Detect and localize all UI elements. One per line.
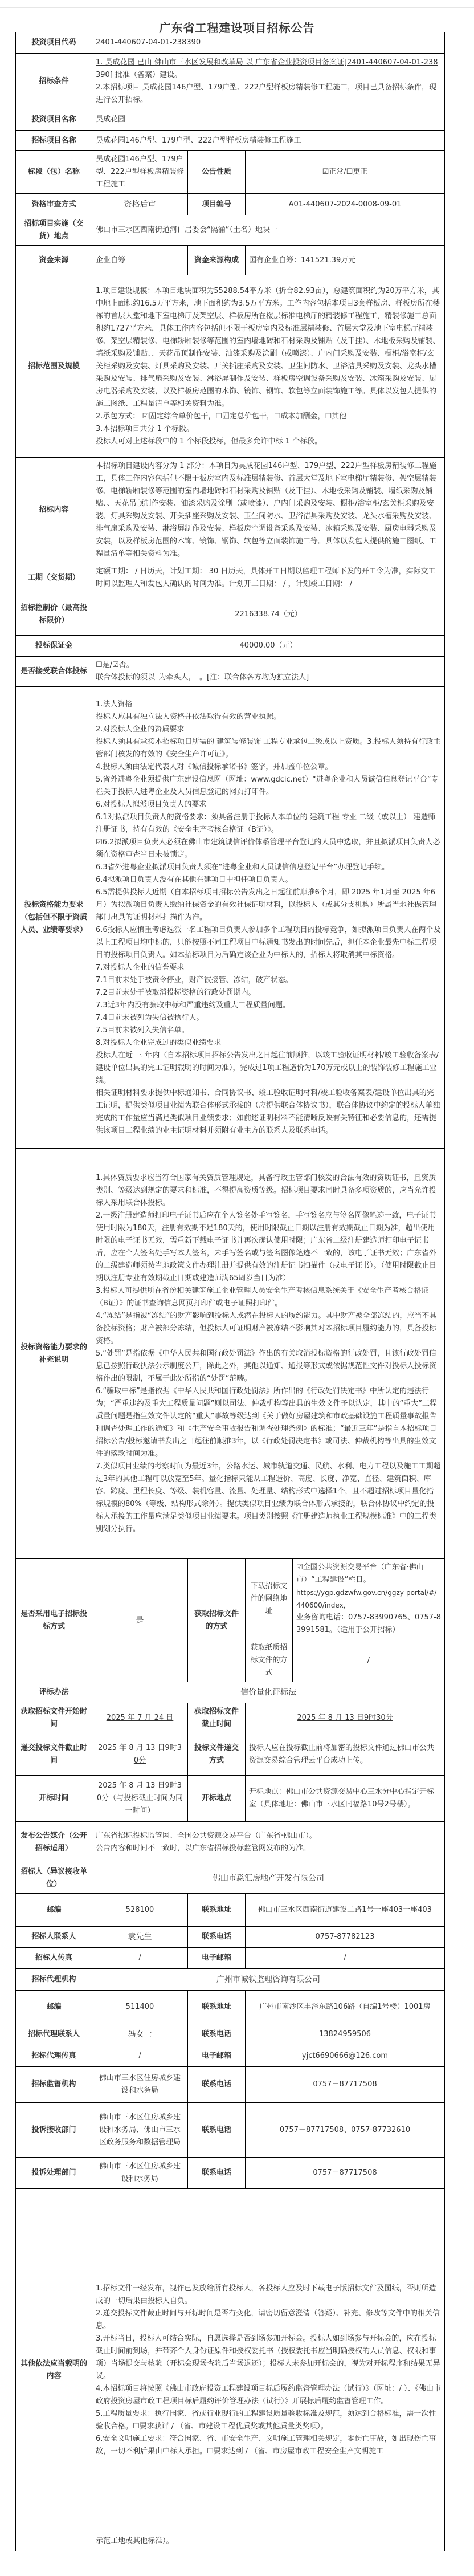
- row-supervisor: 招标监督机构 佛山市三水区住房城乡建设和水务局 联系电话 0757－877175…: [16, 2067, 445, 2103]
- label-period: 工期（交货期）: [16, 563, 92, 593]
- value-agency-fax: /: [92, 2045, 188, 2067]
- qual-line: 投标人在近 三 年内（自本招标项目招标公告发出之日起往前顺推，以竣工验收证明材料…: [96, 1049, 441, 1087]
- row-scope: 招标范围及规模 1.项目建设规模：本项目地块面积为55288.54平方米（折合8…: [16, 275, 445, 458]
- supp-line: 1.具体资质要求应当符合国家有关资质管理规定，具备行政主管部门核发的合法有效的资…: [96, 1172, 441, 1210]
- label-conditions: 招标条件: [16, 54, 92, 109]
- value-notice-nature: ☑正常/☐更正: [246, 151, 445, 194]
- row-invest-name: 投资项目名称 昊成花园: [16, 109, 445, 131]
- value-invest-code: 2401-440607-04-01-238390: [92, 32, 445, 54]
- value-submit-deadline: 2025 年 8 月 13 日9时30分: [92, 1733, 188, 1776]
- value-supervisor: 佛山市三水区住房城乡建设和水务局: [92, 2067, 188, 2103]
- download-line-1: ☑全国公共资源交易平台（广东省·佛山市）“工程建设”栏目。: [296, 1561, 441, 1586]
- value-doc-start: 2025 年 7 月 24 日: [92, 1703, 188, 1733]
- qual-line: 6.5需提供投标人近期（自本招标项目招标公告发出之日起往前顺推6个月，即 202…: [96, 886, 441, 924]
- label-agency: 招标代理机构: [16, 1969, 92, 1991]
- value-tenderer-postcode: 528100: [92, 1894, 188, 1927]
- conditions-line-2: 2.本招标项目 昊成花园146户型、179户型、222户型样板房精装修工程施工，…: [96, 82, 441, 107]
- value-submit-method: 投标人应在投标截止前将加密的投标文件通过佛山市公共资源交易综合管理云平台成功上传…: [246, 1733, 445, 1776]
- row-tenderer-fax: 招标人传真 / 电子邮箱 /: [16, 1948, 445, 1969]
- row-agency-fax: 招标代理传真 / 电子邮箱 yjct6690666@126.com: [16, 2045, 445, 2067]
- value-section: 昊成花园146户型、179户型、222户型样板房精装修工程施工: [92, 151, 188, 194]
- download-link[interactable]: https://ygp.gdzwfw.gov.cn/ggzy-portal/#/…: [296, 1586, 441, 1611]
- row-deposit: 投标保证金 40000.00（元）: [16, 636, 445, 657]
- label-consortium: 是否接受联合体投标: [16, 657, 92, 687]
- label-supplement: 投标资格能力要求的补充说明: [16, 1149, 92, 1559]
- label-doc-method: 获取招标文件的方式: [188, 1559, 246, 1682]
- download-phone: 业务咨询电话：0757-83990765、0757-83991581。（适用于公…: [296, 1611, 441, 1637]
- label-submit-method: 投标文件递交方式: [188, 1733, 246, 1776]
- label-agency-address: 联系地址: [188, 1991, 246, 2024]
- row-tenderer: 招标人（异议接收单位） 佛山市淼汇房地产开发有限公司: [16, 1863, 445, 1894]
- value-tenderer-address: 佛山市三水区西南街道建设二路1号一座403一座403: [246, 1894, 445, 1927]
- label-qualification: 投标资格能力要求（包括但不限于资质人员、业绩等要求）: [16, 687, 92, 1149]
- top-divider: [0, 7, 474, 8]
- label-doc-end: 获取招标文件截止时间: [188, 1703, 246, 1733]
- label-agency-phone: 联系电话: [188, 2024, 246, 2045]
- qual-line: 投标人应具有独立法人资格并依法取得有效的营业执照。: [96, 711, 441, 723]
- label-other: 其他依法应当载明的内容: [16, 2189, 92, 2551]
- label-agency-email: 电子邮箱: [188, 2045, 246, 2067]
- label-tenderer: 招标人（异议接收单位）: [16, 1863, 92, 1894]
- value-paper-method: /: [293, 1639, 445, 1682]
- qual-line: 7.对投标人企业的信誉要求: [96, 962, 441, 974]
- row-agency-post: 邮编 511400 联系地址 广州市南沙区丰泽东路106路（自编1号楼）1001…: [16, 1991, 445, 2024]
- row-opening: 开标时间 2025 年 8 月 13 日9时30分（与投标截止时间为同一时间） …: [16, 1776, 445, 1822]
- label-tenderer-email: 电子邮箱: [188, 1948, 246, 1969]
- label-media: 发布公告媒介（公开招标适用）: [16, 1822, 92, 1863]
- label-project-code: 项目编号: [188, 194, 246, 215]
- row-location: 招标项目实施（交货）地点 佛山市三水区西南街道河口居委会“隔涌”（土名）地块一: [16, 215, 445, 246]
- value-location: 佛山市三水区西南街道河口居委会“隔涌”（土名）地块一: [92, 215, 445, 246]
- value-other: 1.招标文件一经发布，视作已发放给所有投标人，各投标人应及时下载电子版招标文件及…: [92, 2189, 445, 2551]
- qual-line: 6.4拟派项目负责人没有在其他在建项目中担任项目负责人。: [96, 874, 441, 886]
- row-content: 招标内容 本招标项目建设内容分为 1 部分：本项目为昊成花园146户型、179户…: [16, 458, 445, 563]
- conditions-line-1: 1. 昊成花园 已由 佛山市三水区发展和改革局 以 广东省企业投资项目备案证[2…: [96, 56, 441, 82]
- value-tenderer-phone: 0757-87782123: [246, 1927, 445, 1948]
- label-invest-code: 投资项目代码: [16, 32, 92, 54]
- value-agency-contact: 冯女士: [92, 2024, 188, 2045]
- qual-line: 1.法人资格: [96, 698, 441, 711]
- label-submit-deadline: 递交投标文件截止时间: [16, 1733, 92, 1776]
- consortium-line-1: ☐是/☑否。: [96, 659, 441, 672]
- value-agency-address: 广州市南沙区丰泽东路106路（自编1号楼）1001房: [246, 1991, 445, 2024]
- supp-line: 6.“骗取中标”是指依据《中华人民共和国行政处罚法》所作出的《行政处罚决定书》中…: [96, 1385, 441, 1460]
- scope-p4: 投标人可对上述标段中的 1 个标段投标，但最多允许中标 1 个标段。: [96, 436, 441, 448]
- value-complaint-process-phone: 0757－87717508: [246, 2158, 445, 2189]
- value-media: 广东省招标投标监管网、全国公共资源交易平台（广东省·佛山市）。 公告内容和时间不…: [92, 1822, 445, 1863]
- qual-line: 6.6投标人应慎重考虑选派一名工程项目负责人参加多个工程项目的投标竞争，如拟派项…: [96, 924, 441, 962]
- label-tenderer-fax: 招标人传真: [16, 1948, 92, 1969]
- label-evaluation: 评标办法: [16, 1682, 92, 1703]
- value-tenderer-contact: 袁先生: [92, 1927, 188, 1948]
- supp-line: 4.“冻结”是指被“冻结”的财产影响到投标人或潜在投标人的履约能力。其中财产被全…: [96, 1310, 441, 1348]
- label-complaint-process: 投诉处理部门: [16, 2158, 92, 2189]
- row-submit: 递交投标文件截止时间 2025 年 8 月 13 日9时30分 投标文件递交方式…: [16, 1733, 445, 1776]
- label-download-url: 下载招标文件的网络地址: [246, 1559, 293, 1639]
- label-opening-place: 开标地点: [188, 1776, 246, 1822]
- label-project-name: 招标项目名称: [16, 131, 92, 151]
- value-consortium: ☐是/☑否。 联合体投标的须以_为牵头人，_。[注：联合体各方均为独立法人]: [92, 657, 445, 687]
- row-evaluation: 评标办法 信价量化评标法: [16, 1682, 445, 1703]
- qual-line: 2.对投标人企业的资质要求: [96, 723, 441, 736]
- label-complaint-receive: 投诉接收部门: [16, 2103, 92, 2158]
- scope-p3: 3.本招标项目共分 1 个标段。: [96, 423, 441, 436]
- value-download: ☑全国公共资源交易平台（广东省·佛山市）“工程建设”栏目。 https://yg…: [293, 1559, 445, 1639]
- qual-line: 7.4目前未被列为失信被执行人。: [96, 1012, 441, 1024]
- qual-line: 5.省外进粤企业须提供广东建设信息网（网址：www.gdcic.net）“进粤企…: [96, 774, 441, 799]
- row-period: 工期（交货期） 定额工期： / 日历天，计划工期： 30 日历天，具体开工日期以…: [16, 563, 445, 593]
- media-line-1: 广东省招标投标监管网、全国公共资源交易平台（广东省·佛山市）。: [96, 1830, 441, 1842]
- label-agency-contact: 招标代理联系人: [16, 2024, 92, 2045]
- value-complaint-receive: 佛山市三水区住房城乡建设和水务局、佛山市三水区政务服务和数据管理局: [92, 2103, 188, 2158]
- value-review: 资格后审: [92, 194, 188, 215]
- label-agency-fax: 招标代理传真: [16, 2045, 92, 2067]
- value-content: 本招标项目建设内容分为 1 部分：本项目为昊成花园146户型、179户型、222…: [92, 458, 445, 563]
- qual-line: 4.投标人须由法定代表人对《诚信投标承诺书》签字，并加盖单位公章。: [96, 761, 441, 774]
- value-agency-email[interactable]: yjct6690666@126.com: [246, 2045, 445, 2067]
- value-scope: 1.项目建设规模：本项目地块面积为55288.54平方米（折合82.93亩），总…: [92, 275, 445, 458]
- label-review: 资格审查方式: [16, 194, 92, 215]
- value-complaint-receive-phone: 0757－87717508、0757-87732610: [246, 2103, 445, 2158]
- row-agency: 招标代理机构 广州市诚铁监理咨询有限公司: [16, 1969, 445, 1991]
- value-deposit: 40000.00（元）: [92, 636, 445, 657]
- row-consortium: 是否接受联合体投标 ☐是/☑否。 联合体投标的须以_为牵头人，_。[注：联合体各…: [16, 657, 445, 687]
- row-funds: 资金来源 企业自筹 资金来源构成 国有企业自筹：141521.39万元: [16, 246, 445, 275]
- label-tenderer-contact: 招标人联系人: [16, 1927, 92, 1948]
- qual-line: 6.1对拟派项目负责人的资格要求：须具备注册于投标人本单位的 建筑工程 专业 二…: [96, 811, 441, 836]
- value-doc-end: 2025 年 8 月 13 日9时30分: [246, 1703, 445, 1733]
- value-tenderer-email: /: [246, 1948, 445, 1969]
- value-opening-place: 开标地点：佛山市公共资源交易中心三水分中心指定开标室（具体地址：佛山市三水区同福…: [246, 1776, 445, 1822]
- row-conditions: 招标条件 1. 昊成花园 已由 佛山市三水区发展和改革局 以 广东省企业投资项目…: [16, 54, 445, 109]
- label-tenderer-phone: 联系电话: [188, 1927, 246, 1948]
- value-funds-structure: 国有企业自筹：141521.39万元: [246, 246, 445, 275]
- row-electronic: 是否采用电子招标投标方式 是 获取招标文件的方式 下载招标文件的网络地址 ☑全国…: [16, 1559, 445, 1639]
- value-project-name: 昊成花园146户型、179户型、222户型样板房精装修工程施工: [92, 131, 445, 151]
- scope-p2: 2.承包方式： ☑固定综合单价包干，☐固定总价包干，☐成本加酬金，☐其他: [96, 410, 441, 423]
- label-agency-postcode: 邮编: [16, 1991, 92, 2024]
- value-opening-time: 2025 年 8 月 13 日9时30分（与投标截止时间为同一时间）: [92, 1776, 188, 1822]
- value-qualification: 1.法人资格 投标人应具有独立法人资格并依法取得有效的营业执照。 2.对投标人企…: [92, 687, 445, 1149]
- label-supervisor: 招标监督机构: [16, 2067, 92, 2103]
- row-tenderer-contact: 招标人联系人 袁先生 联系电话 0757-87782123: [16, 1927, 445, 1948]
- label-tenderer-address: 联系地址: [188, 1894, 246, 1927]
- value-period: 定额工期： / 日历天，计划工期： 30 日历天，具体开工日期以监理工程师下发的…: [92, 563, 445, 593]
- bottom-divider: [0, 2570, 474, 2570]
- qual-line: 投标人须具有承接本招标项目所需的 建筑装修装饰 工程专业承包二级或以上资质。3.…: [96, 736, 441, 761]
- label-opening-time: 开标时间: [16, 1776, 92, 1822]
- row-media: 发布公告媒介（公开招标适用） 广东省招标投标监管网、全国公共资源交易平台（广东省…: [16, 1822, 445, 1863]
- value-tenderer-fax: /: [92, 1948, 188, 1969]
- other-line: 2.递交投标文件截止时间与开标时间是否有变化，请密切留意澄清（答疑）、补充、修改…: [96, 2308, 441, 2333]
- value-price-cap: 2216338.74（元）: [92, 593, 445, 636]
- row-other: 其他依法应当载明的内容 1.招标文件一经发布，视作已发放给所有投标人，各投标人应…: [16, 2189, 445, 2551]
- qual-line: 8.对投标人企业完成过的类似业绩要求: [96, 1037, 441, 1049]
- row-price-cap: 招标控制价（最高投标限价） 2216338.74（元）: [16, 593, 445, 636]
- label-location: 招标项目实施（交货）地点: [16, 215, 92, 246]
- row-complaint-process: 投诉处理部门 佛山市三水区住房城乡建设和水务局 联系电话 0757－877175…: [16, 2158, 445, 2189]
- other-line: 1.招标文件一经发布，视作已发放给所有投标人，各投标人应及时下载电子版招标文件及…: [96, 2282, 441, 2308]
- row-review: 资格审查方式 资格后审 项目编号 A01-440607-2024-0008-09…: [16, 194, 445, 215]
- other-line: 3.开标当日，投标人可结合实际，自愿选择是否到场参加开标会。投标人如到场参与开标…: [96, 2333, 441, 2383]
- label-funds-structure: 资金来源构成: [188, 246, 246, 275]
- notice-table: 投资项目代码 2401-440607-04-01-238390 招标条件 1. …: [15, 32, 445, 2551]
- row-project-name: 招标项目名称 昊成花园146户型、179户型、222户型样板房精装修工程施工: [16, 131, 445, 151]
- media-line-2: 公告内容和时间不一致时，以广东省招标投标监管网发布的为准。: [96, 1842, 441, 1855]
- qual-line: 6.对投标人拟派项目负责人的要求: [96, 799, 441, 811]
- qual-line: 7.3近3年内没有骗取中标和严重违约及重大工程质量问题。: [96, 999, 441, 1012]
- other-tail: 示范工地或其他标准）。: [96, 2535, 174, 2547]
- label-complaint-process-phone: 联系电话: [188, 2158, 246, 2189]
- value-agency-postcode: 511400: [92, 1991, 188, 2024]
- qual-line: 7.5目前未被列入失信名单。: [96, 1024, 441, 1037]
- label-paper-method: 获取纸质招标文件的方式: [246, 1639, 293, 1682]
- row-agency-contact: 招标代理联系人 冯女士 联系电话 13824959506: [16, 2024, 445, 2045]
- label-invest-name: 投资项目名称: [16, 109, 92, 131]
- label-notice-nature: 公告性质: [188, 151, 246, 194]
- row-qualification: 投标资格能力要求（包括但不限于资质人员、业绩等要求） 1.法人资格 投标人应具有…: [16, 687, 445, 1149]
- supp-line: 2.一级注册建造师打印电子证书后应在个人签名处手写签名，手写签名应与签名图像笔迹…: [96, 1210, 441, 1285]
- value-supplement: 1.具体资质要求应当符合国家有关资质管理规定，具备行政主管部门核发的合法有效的资…: [92, 1149, 445, 1559]
- label-section: 标段（包）名称: [16, 151, 92, 194]
- value-electronic: 是: [92, 1559, 188, 1682]
- qual-line: 相关证明材料要求提供中标通知书、合同协议书、竣工验收证明材料/竣工验收备案表/建…: [96, 1087, 441, 1137]
- row-complaint-receive: 投诉接收部门 佛山市三水区住房城乡建设和水务局、佛山市三水区政务服务和数据管理局…: [16, 2103, 445, 2158]
- label-deposit: 投标保证金: [16, 636, 92, 657]
- supp-line: 7.类似项目业绩的考察时间为最近3年，公路水运、城市轨道交通、民航、水利、电力工…: [96, 1460, 441, 1536]
- value-agency-phone: 13824959506: [246, 2024, 445, 2045]
- row-doc-time: 获取招标文件开始时间 2025 年 7 月 24 日 获取招标文件截止时间 20…: [16, 1703, 445, 1733]
- value-agency: 广州市诚铁监理咨询有限公司: [92, 1969, 445, 1991]
- row-supplement: 投标资格能力要求的补充说明 1.具体资质要求应当符合国家有关资质管理规定，具备行…: [16, 1149, 445, 1559]
- qual-line: 7.2目前未处于被取消投标资格的行政处罚期内。: [96, 987, 441, 999]
- qual-line: 6.3省外进粤企业拟派项目负责人须在“进粤企业和人员诚信信息登记平台”办理登记手…: [96, 861, 441, 874]
- label-scope: 招标范围及规模: [16, 275, 92, 458]
- consortium-line-2: 联合体投标的须以_为牵头人，_。[注：联合体各方均为独立法人]: [96, 672, 441, 684]
- qual-line: 7.1目前未处于被责令停业，财产被接管、冻结，破产状态。: [96, 974, 441, 987]
- supp-line: 3.投标人可提供所在省份相关建筑施工企业管理人员安全生产考核信息系统关于《安全生…: [96, 1285, 441, 1310]
- label-content: 招标内容: [16, 458, 92, 563]
- value-supervisor-phone: 0757－87717508: [246, 2067, 445, 2103]
- value-tenderer: 佛山市淼汇房地产开发有限公司: [92, 1863, 445, 1894]
- label-supervisor-phone: 联系电话: [188, 2067, 246, 2103]
- label-price-cap: 招标控制价（最高投标限价）: [16, 593, 92, 636]
- other-line: 5.工程质量要求：执行国家、省或行业现行的工程建设质量验收标准及规范，须达到合格…: [96, 2408, 441, 2433]
- label-tenderer-postcode: 邮编: [16, 1894, 92, 1927]
- other-line: 6.安全文明施工要求：符合国家、省、市安全生产、文明施工管理相关规定，零伤亡事故…: [96, 2433, 441, 2458]
- supp-line: 5.“处罚”是指依据《中华人民共和国行政处罚法》作出的有关取消投标资格的行政处罚…: [96, 1348, 441, 1385]
- other-line: 4.本招标项目将按照《佛山市政府投资工程建设项目标后履约监督管理办法（试行）》（…: [96, 2383, 441, 2408]
- value-conditions: 1. 昊成花园 已由 佛山市三水区发展和改革局 以 广东省企业投资项目备案证[2…: [92, 54, 445, 109]
- qual-line: ☑6.2拟派项目负责人必须在佛山市建筑诚信评价体系管理平台登记的人员中选取，并且…: [96, 836, 441, 861]
- value-complaint-process: 佛山市三水区住房城乡建设和水务局: [92, 2158, 188, 2189]
- value-funds: 企业自筹: [92, 246, 188, 275]
- row-tenderer-post: 邮编 528100 联系地址 佛山市三水区西南街道建设二路1号一座403一座40…: [16, 1894, 445, 1927]
- label-funds: 资金来源: [16, 246, 92, 275]
- row-invest-code: 投资项目代码 2401-440607-04-01-238390: [16, 32, 445, 54]
- label-doc-start: 获取招标文件开始时间: [16, 1703, 92, 1733]
- scope-p1: 1.项目建设规模：本项目地块面积为55288.54平方米（折合82.93亩），总…: [96, 285, 441, 410]
- value-invest-name: 昊成花园: [92, 109, 445, 131]
- value-project-code: A01-440607-2024-0008-09-01: [246, 194, 445, 215]
- row-section: 标段（包）名称 昊成花园146户型、179户型、222户型样板房精装修工程施工 …: [16, 151, 445, 194]
- label-electronic: 是否采用电子招标投标方式: [16, 1559, 92, 1682]
- label-complaint-receive-phone: 联系电话: [188, 2103, 246, 2158]
- value-evaluation: 信价量化评标法: [92, 1682, 445, 1703]
